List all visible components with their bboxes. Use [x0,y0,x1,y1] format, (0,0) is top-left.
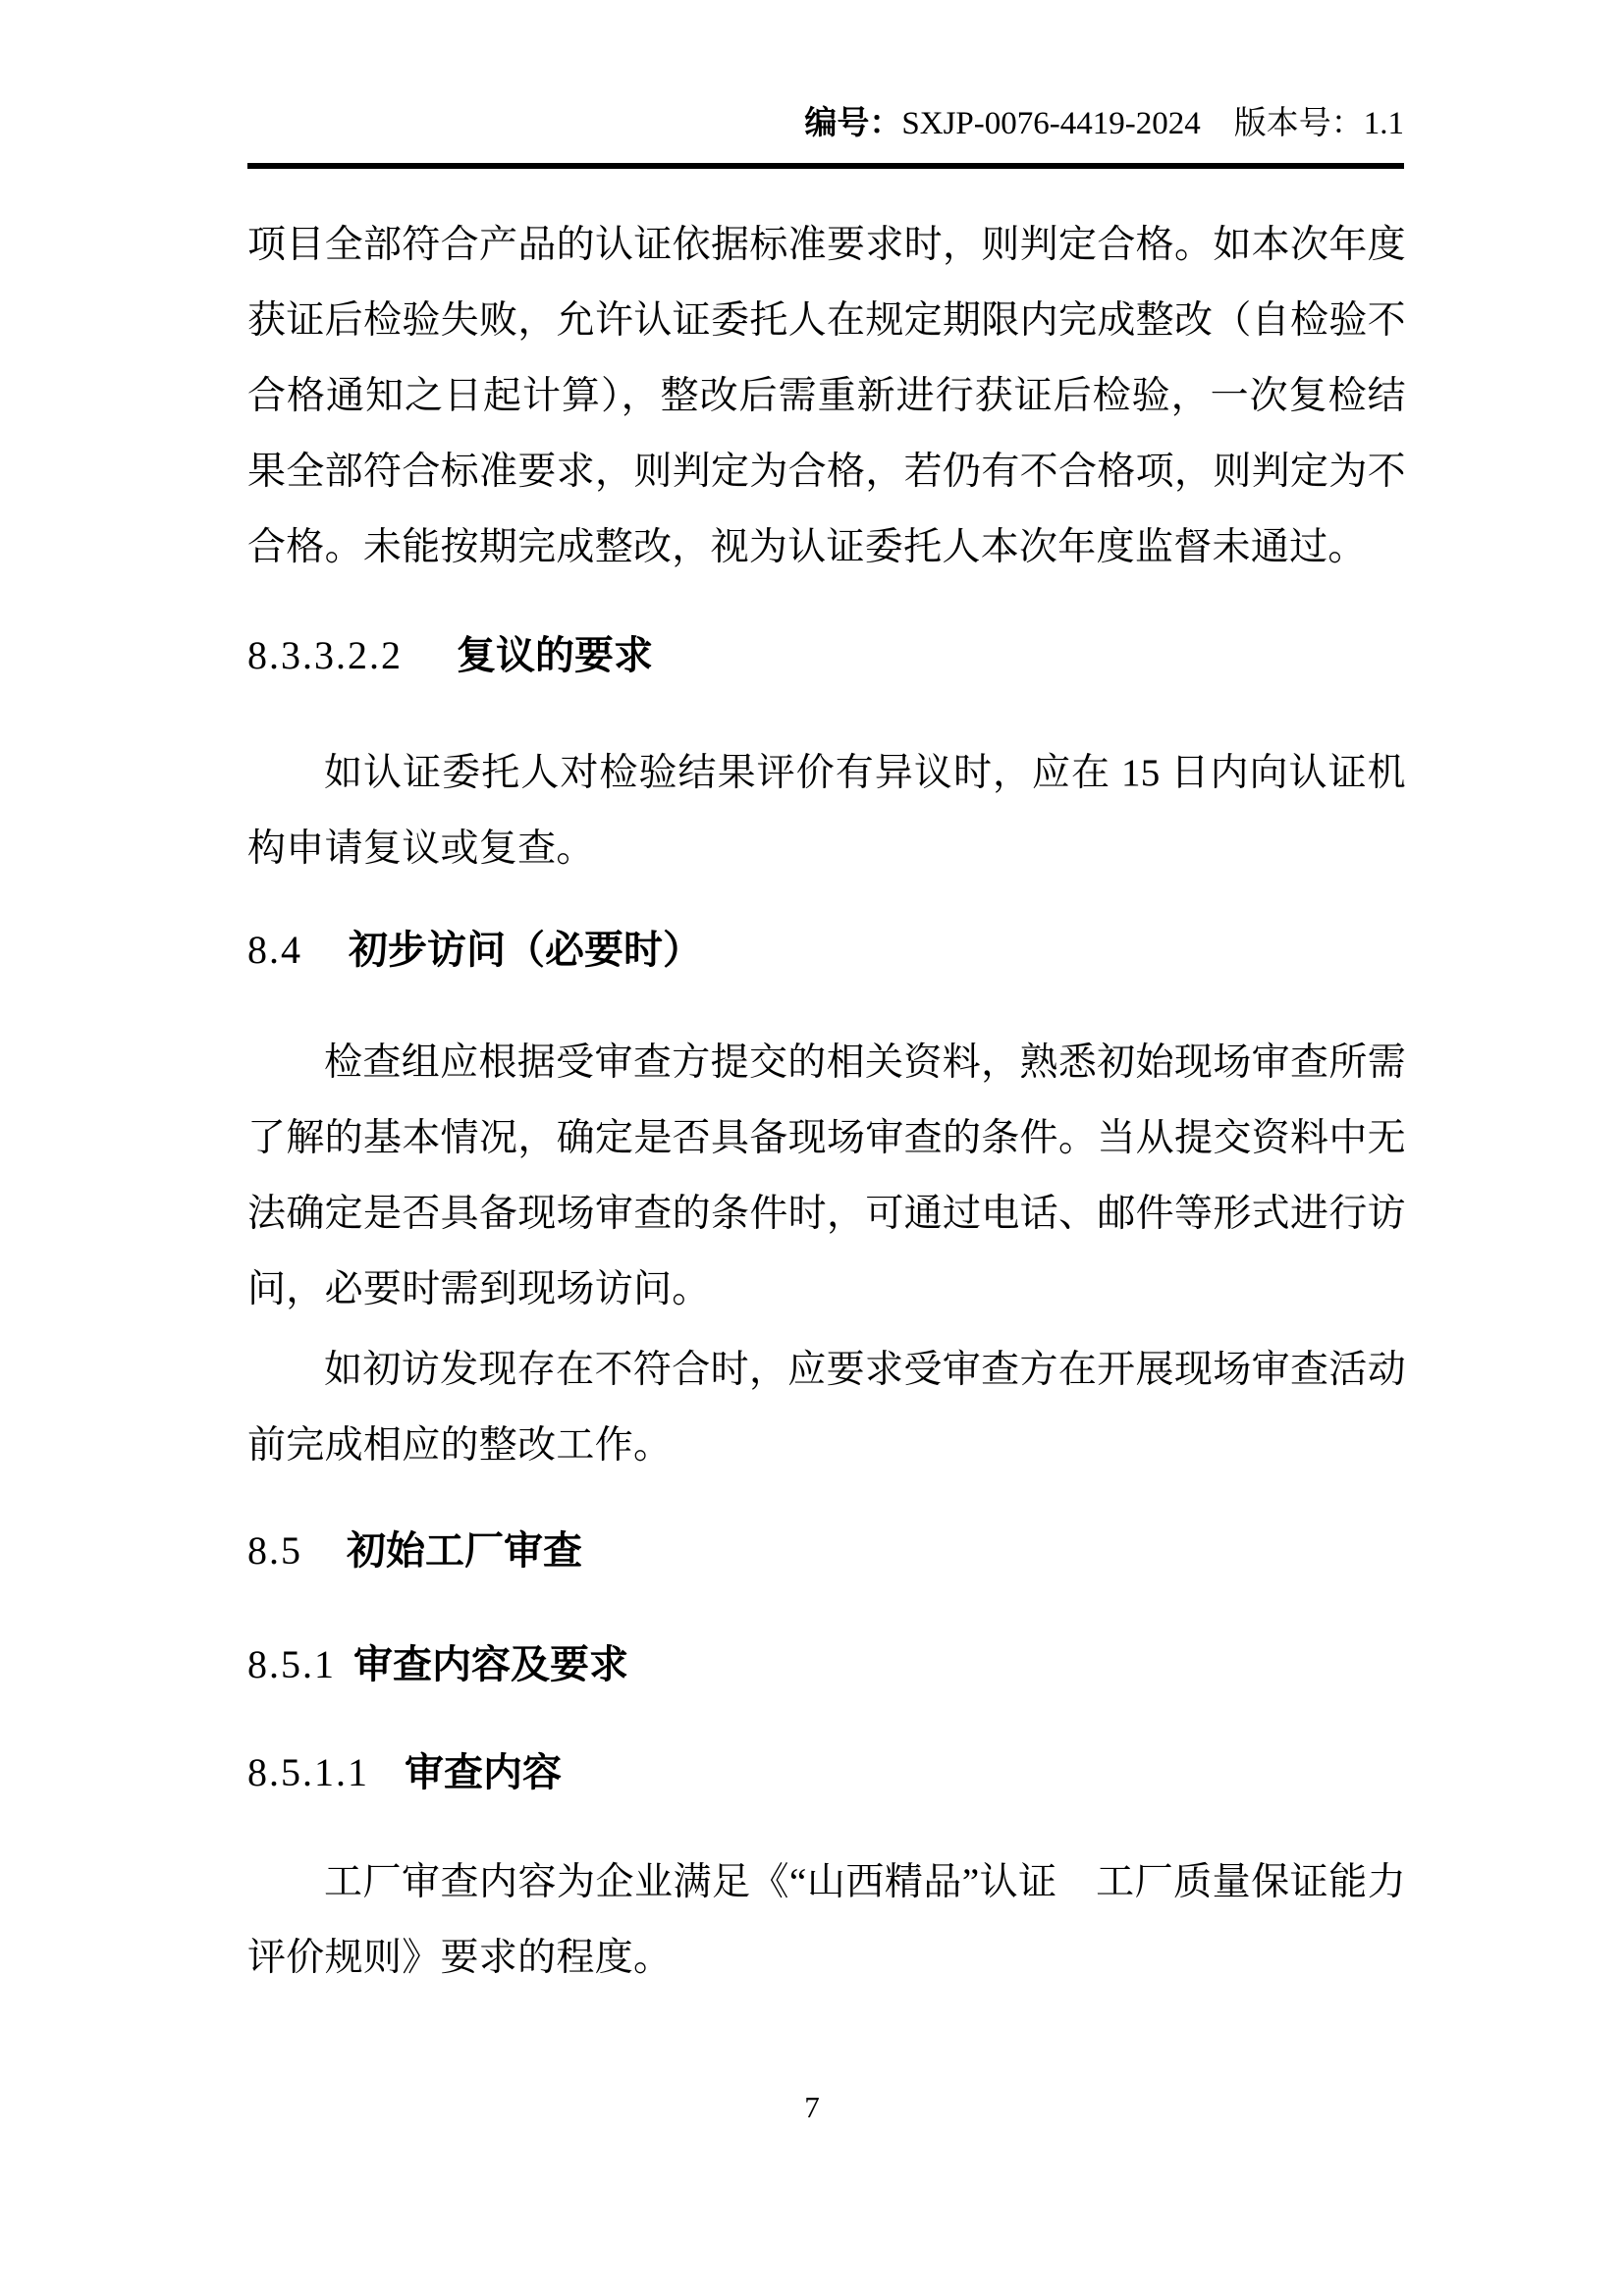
heading-title: 审查内容 [405,1750,562,1794]
page-number: 7 [0,2087,1624,2128]
heading-number: 8.5 [247,1528,302,1573]
heading-title: 审查内容及要求 [353,1642,628,1686]
paragraph-supervision-judgement: 项目全部符合产品的认证依据标准要求时，则判定合格。如本次年度获证后检验失败，允许… [247,207,1406,585]
section-heading-8-4: 8.4初步访问（必要时） [247,921,1406,980]
paragraph-preliminary-visit: 检查组应根据受审查方提交的相关资料，熟悉初始现场审查所需了解的基本情况，确定是否… [247,1025,1406,1327]
section-heading-8-5-1: 8.5.1审查内容及要求 [247,1635,1406,1694]
heading-title: 初始工厂审查 [347,1528,582,1573]
document-page: 编号：SXJP-0076-4419-2024版本号：1.1 项目全部符合产品的认… [0,0,1624,2296]
paragraph-initial-visit-nonconformity: 如初访发现存在不符合时，应要求受审查方在开展现场审查活动前完成相应的整改工作。 [247,1332,1406,1483]
heading-number: 8.5.1.1 [247,1750,369,1794]
heading-number: 8.5.1 [247,1642,336,1686]
heading-title: 初步访问（必要时） [349,928,702,972]
document-body: 项目全部符合产品的认证依据标准要求时，则判定合格。如本次年度获证后检验失败，允许… [247,0,1406,1996]
section-heading-8-5-1-1: 8.5.1.1审查内容 [247,1743,1406,1802]
heading-number: 8.3.3.2.2 [247,633,403,677]
paragraph-factory-audit-content: 工厂审查内容为企业满足《“山西精品”认证 工厂质量保证能力评价规则》要求的程度。 [247,1844,1406,1996]
section-heading-8-5: 8.5初始工厂审查 [247,1522,1406,1580]
section-heading-8-3-3-2-2: 8.3.3.2.2复议的要求 [247,626,1406,685]
heading-number: 8.4 [247,928,302,972]
paragraph-review-request: 如认证委托人对检验结果评价有异议时，应在 15 日内向认证机构申请复议或复查。 [247,735,1406,886]
heading-title: 复议的要求 [457,633,653,677]
